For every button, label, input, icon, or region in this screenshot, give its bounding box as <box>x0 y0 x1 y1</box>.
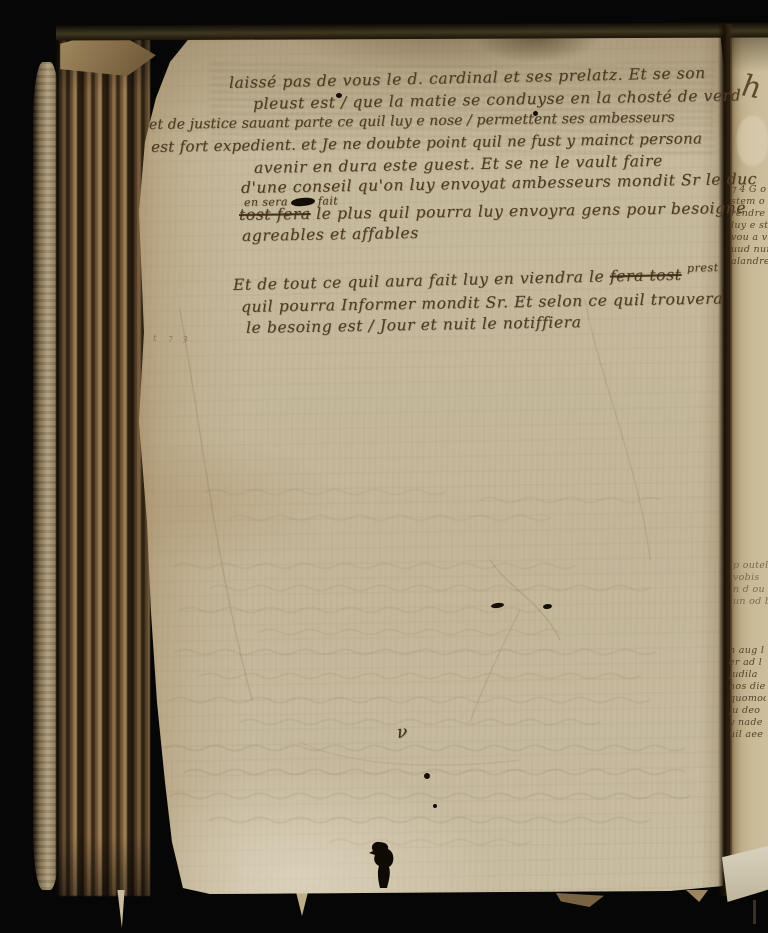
note-line: vou a vir <box>731 232 768 244</box>
note-line: alandre <box>731 256 768 268</box>
page-fragment <box>556 893 604 907</box>
note-line: rendre <box>731 208 768 220</box>
facing-page-light-patch <box>737 116 768 166</box>
note-line: vobis <box>733 572 768 584</box>
book-top-edge <box>56 22 768 40</box>
page-fragment <box>292 892 312 916</box>
facing-page-note-block-mid: p outel vobis n d ou un od b <box>733 560 768 608</box>
gutter-shadow <box>718 24 732 896</box>
note-line: n aug l <box>729 645 766 657</box>
struck-text: tost fera <box>239 205 311 224</box>
note-line: uud nur <box>731 244 768 256</box>
note-line: stem o <box>731 196 768 208</box>
ink-speck <box>533 111 538 116</box>
ink-speck <box>336 93 342 98</box>
page-fore-edges <box>56 32 150 896</box>
ink-dot <box>424 773 430 779</box>
page-fragment <box>753 900 756 924</box>
note-line: luy e st <box>731 220 768 232</box>
facing-page-note-block-bottom: n aug l er ad l judila hos die quomod ju… <box>729 645 766 741</box>
superscript-correction: prest <box>687 261 719 275</box>
note-line: ju deo <box>729 705 766 717</box>
page-fragment <box>686 890 708 902</box>
note-line: uil aee <box>729 729 766 741</box>
struck-text: fera tost <box>610 266 682 286</box>
note-line: hos die <box>729 681 766 693</box>
margin-pen-trials: t ⁊ ȝ <box>153 334 192 344</box>
note-line: p outel <box>733 560 768 572</box>
note-line: judila <box>729 669 766 681</box>
note-line: er ad l <box>729 657 766 669</box>
ink-dot <box>433 804 437 808</box>
ink-blot <box>369 840 397 890</box>
note-line: un od b <box>733 596 768 608</box>
note-line: quomod <box>729 693 766 705</box>
facing-page-note-block-top: ⁊ 4 G o stem o rendre luy e st vou a vir… <box>731 184 768 268</box>
text-line: agreables et affables <box>242 224 419 245</box>
note-line: y nade <box>729 717 766 729</box>
note-line: n d ou <box>733 584 768 596</box>
note-line: ⁊ 4 G o <box>731 184 768 196</box>
manuscript-photo: laissé pas de vous le d. cardinal et ses… <box>0 0 768 933</box>
page-center-mark: ν <box>396 722 409 743</box>
